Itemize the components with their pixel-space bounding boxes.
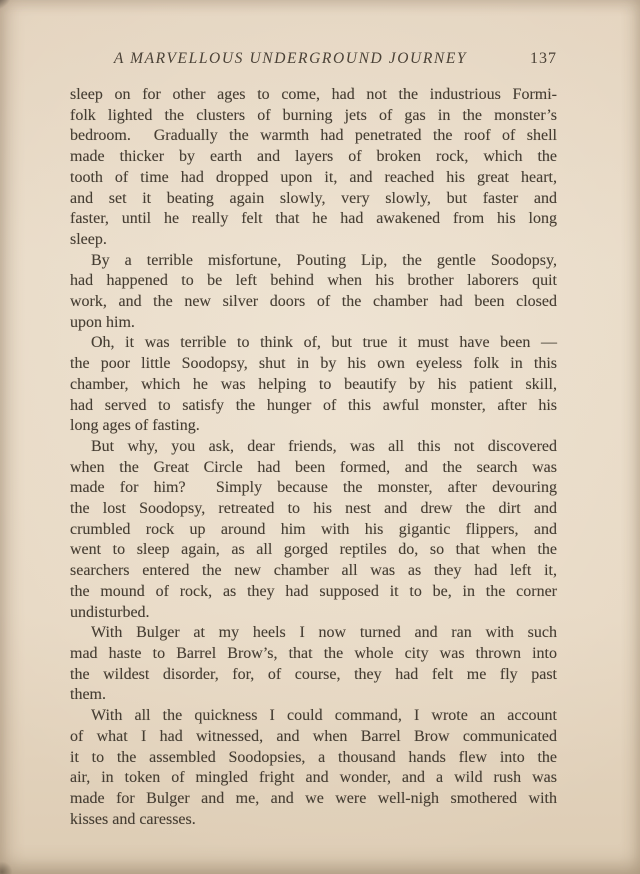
text-line: undisturbed. — [70, 603, 557, 624]
text-line: the wildest disorder, for, of course, th… — [70, 665, 557, 686]
paragraph: By a terrible misfortune, Pouting Lip, t… — [70, 251, 557, 334]
text-line: Oh, it was terrible to think of, but tru… — [70, 333, 557, 354]
paragraph: Oh, it was terrible to think of, but tru… — [70, 333, 557, 437]
paragraph: With Bulger at my heels I now turned and… — [70, 623, 557, 706]
text-line: sleep. — [70, 230, 557, 251]
page-body: sleep on for other ages to come, had not… — [70, 85, 557, 830]
text-line: kisses and caresses. — [70, 810, 557, 831]
text-line: By a terrible misfortune, Pouting Lip, t… — [70, 251, 557, 272]
text-line: sleep on for other ages to come, had not… — [70, 85, 557, 106]
running-head-title: A MARVELLOUS UNDERGROUND JOURNEY — [70, 50, 511, 68]
text-line: had happened to be left behind when his … — [70, 271, 557, 292]
text-line: crumbled rock up around him with his gig… — [70, 520, 557, 541]
scanned-book-page: A MARVELLOUS UNDERGROUND JOURNEY 137 sle… — [0, 0, 640, 874]
text-line: chamber, which he was helping to beautif… — [70, 375, 557, 396]
text-line: them. — [70, 685, 557, 706]
paragraph: sleep on for other ages to come, had not… — [70, 85, 557, 251]
paragraph: But why, you ask, dear friends, was all … — [70, 437, 557, 623]
text-line: air, in token of mingled fright and wond… — [70, 768, 557, 789]
text-line: made thicker by earth and layers of brok… — [70, 147, 557, 168]
text-line: faster, until he really felt that he had… — [70, 209, 557, 230]
text-line: searchers entered the new chamber all wa… — [70, 561, 557, 582]
text-line: went to sleep again, as all gorged repti… — [70, 540, 557, 561]
text-line: the mound of rock, as they had supposed … — [70, 582, 557, 603]
text-line: had served to satisfy the hunger of this… — [70, 396, 557, 417]
text-line: work, and the new silver doors of the ch… — [70, 292, 557, 313]
text-line: But why, you ask, dear friends, was all … — [70, 437, 557, 458]
text-line: made for him? Simply because the monster… — [70, 478, 557, 499]
text-line: tooth of time had dropped upon it, and r… — [70, 168, 557, 189]
text-line: the poor little Soodopsy, shut in by his… — [70, 354, 557, 375]
running-head: A MARVELLOUS UNDERGROUND JOURNEY 137 — [70, 50, 557, 70]
text-line: With all the quickness I could command, … — [70, 706, 557, 727]
text-line: long ages of fasting. — [70, 416, 557, 437]
text-line: when the Great Circle had been formed, a… — [70, 458, 557, 479]
page-number: 137 — [530, 50, 557, 68]
text-line: With Bulger at my heels I now turned and… — [70, 623, 557, 644]
text-line: folk lighted the clusters of burning jet… — [70, 106, 557, 127]
text-line: upon him. — [70, 313, 557, 334]
text-line: the lost Soodopsy, retreated to his nest… — [70, 499, 557, 520]
text-line: of what I had witnessed, and when Barrel… — [70, 727, 557, 748]
text-line: mad haste to Barrel Brow’s, that the who… — [70, 644, 557, 665]
paragraph: With all the quickness I could command, … — [70, 706, 557, 830]
text-line: bedroom. Gradually the warmth had penetr… — [70, 126, 557, 147]
text-line: made for Bulger and me, and we were well… — [70, 789, 557, 810]
text-line: it to the assembled Soodopsies, a thousa… — [70, 748, 557, 769]
text-line: and set it beating again slowly, very sl… — [70, 189, 557, 210]
